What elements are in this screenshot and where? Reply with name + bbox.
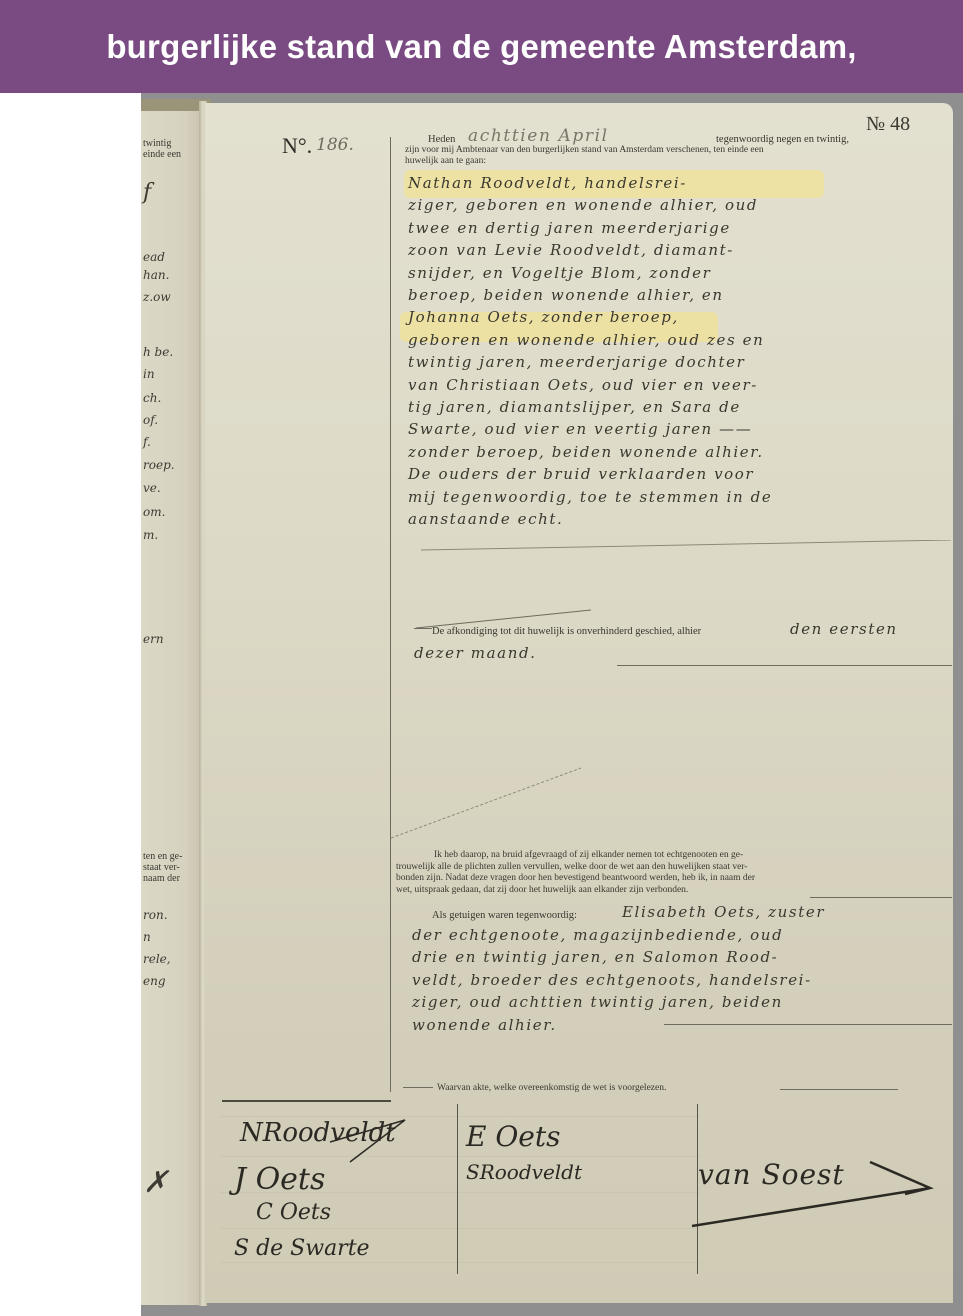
witness-line: der echtgenoote, magazijnbediende, oud [412, 926, 783, 944]
sig-divider-1 [457, 1104, 458, 1274]
body-line: De ouders der bruid verklaarden voor [408, 465, 754, 483]
left-hand-10: of. [143, 413, 158, 427]
left-printed-b1: ten en ge- [143, 851, 182, 862]
signature-witness-2: SRoodveldt [466, 1160, 582, 1184]
declaration-line: wet, uitspraak gedaan, dat zij door het … [396, 885, 688, 896]
signature-bride-father: C Oets [256, 1200, 331, 1225]
body-line: snijder, en Vogeltje Blom, zonder [408, 264, 711, 282]
intro-prefix: Heden [428, 134, 455, 145]
left-hand-5: z.ow [143, 290, 171, 304]
left-printed-2: einde een [143, 149, 181, 160]
registrar-flourish [690, 1150, 940, 1230]
body-line: twee en dertig jaren meerderjarige [408, 219, 731, 237]
left-hand-15: m. [143, 528, 158, 542]
left-printed-b2: staat ver- [143, 862, 180, 873]
closing-printed: Waarvan akte, welke overeenkomstig de we… [437, 1083, 666, 1094]
witness-line: wonende alhier. [412, 1016, 557, 1034]
body-line: twintig jaren, meerderjarige dochter [408, 353, 745, 371]
body-line: tig jaren, diamantslijper, en Sara de [408, 398, 741, 416]
closing-dash [403, 1087, 433, 1088]
left-page-fragment: twintig einde een f ead han. z.ow h be. … [141, 105, 203, 1305]
signature-witness-1: E Oets [466, 1120, 561, 1153]
left-hand-b3: rele, [143, 952, 171, 966]
body-line: Nathan Roodveldt, handelsrei- [408, 174, 687, 192]
body-line: ziger, geboren en wonende alhier, oud [408, 196, 758, 214]
witness-line: Elisabeth Oets, zuster [622, 903, 825, 921]
declaration-line: Ik heb daarop, na bruid afgevraagd of zi… [434, 850, 743, 861]
body-line: Johanna Oets, zonder beroep, [408, 308, 679, 326]
left-signature-fragment: ✗ [143, 1165, 168, 1200]
closing-end-rule [780, 1089, 898, 1090]
intro-line-2: zijn voor mij Ambtenaar van den burgerli… [405, 145, 925, 156]
left-hand-11: f. [143, 435, 151, 449]
declaration-end-rule [810, 897, 952, 898]
left-hand-b4: eng [143, 974, 166, 988]
left-hand-b2: n [143, 930, 151, 944]
sig-grid-4 [220, 1228, 700, 1229]
body-line: Swarte, oud vier en veertig jaren —— [408, 420, 752, 438]
left-hand-4: han. [143, 268, 169, 282]
witness-line: ziger, oud achttien twintig jaren, beide… [412, 993, 783, 1011]
body-line: van Christiaan Oets, oud vier en veer- [408, 376, 758, 394]
left-hand-17: ern [143, 632, 164, 646]
caption-banner: burgerlijke stand van de gemeente Amster… [0, 0, 963, 93]
body-line: aanstaande echt. [408, 510, 563, 528]
folio-number: № 48 [866, 113, 910, 136]
body-line: mij tegenwoordig, toe te stemmen in de [408, 488, 772, 506]
cancel-strokes [391, 540, 953, 840]
sig-grid-5 [220, 1262, 700, 1263]
left-hand-7: h be. [143, 345, 173, 359]
witness-line: drie en twintig jaren, en Salomon Rood- [412, 948, 778, 966]
left-hand-1: f [143, 180, 151, 205]
left-hand-8: in [143, 367, 155, 381]
witnesses-label: Als getuigen waren tegenwoordig: [432, 910, 577, 921]
left-hand-12: roep. [143, 458, 175, 472]
left-hand-13: ve. [143, 481, 161, 495]
left-printed-1: twintig [143, 138, 171, 149]
margin-box-bottom [222, 1100, 391, 1102]
body-line: geboren en wonende alhier, oud zes en [408, 331, 764, 349]
record-number-label: N°. [282, 133, 312, 159]
left-hand-9: ch. [143, 391, 161, 405]
body-line: zonder beroep, beiden wonende alhier. [408, 443, 764, 461]
declaration-line: trouwelijk alle de plichten zullen vervu… [396, 862, 747, 873]
groom-flourish [230, 1112, 410, 1172]
body-line: beroep, beiden wonende alhier, en [408, 286, 724, 304]
left-hand-b1: ron. [143, 908, 168, 922]
caption-text: burgerlijke stand van de gemeente Amster… [106, 28, 856, 66]
intro-line-3: huwelijk aan te gaan: [405, 156, 486, 167]
left-hand-3: ead [143, 250, 165, 264]
intro-date: achttien April [468, 126, 609, 146]
left-printed-b3: naam der [143, 873, 180, 884]
witness-end-rule [664, 1024, 952, 1025]
record-number: 186. [316, 135, 354, 155]
left-hand-14: om. [143, 505, 165, 519]
body-line: zoon van Levie Roodveldt, diamant- [408, 241, 734, 259]
declaration-line: bonden zijn. Nadat deze vragen door hen … [396, 873, 755, 884]
signature-bride-mother: S de Swarte [234, 1236, 370, 1261]
intro-suffix: tegenwoordig negen en twintig, [716, 134, 849, 145]
witness-line: veldt, broeder des echtgenoots, handelsr… [412, 971, 812, 989]
